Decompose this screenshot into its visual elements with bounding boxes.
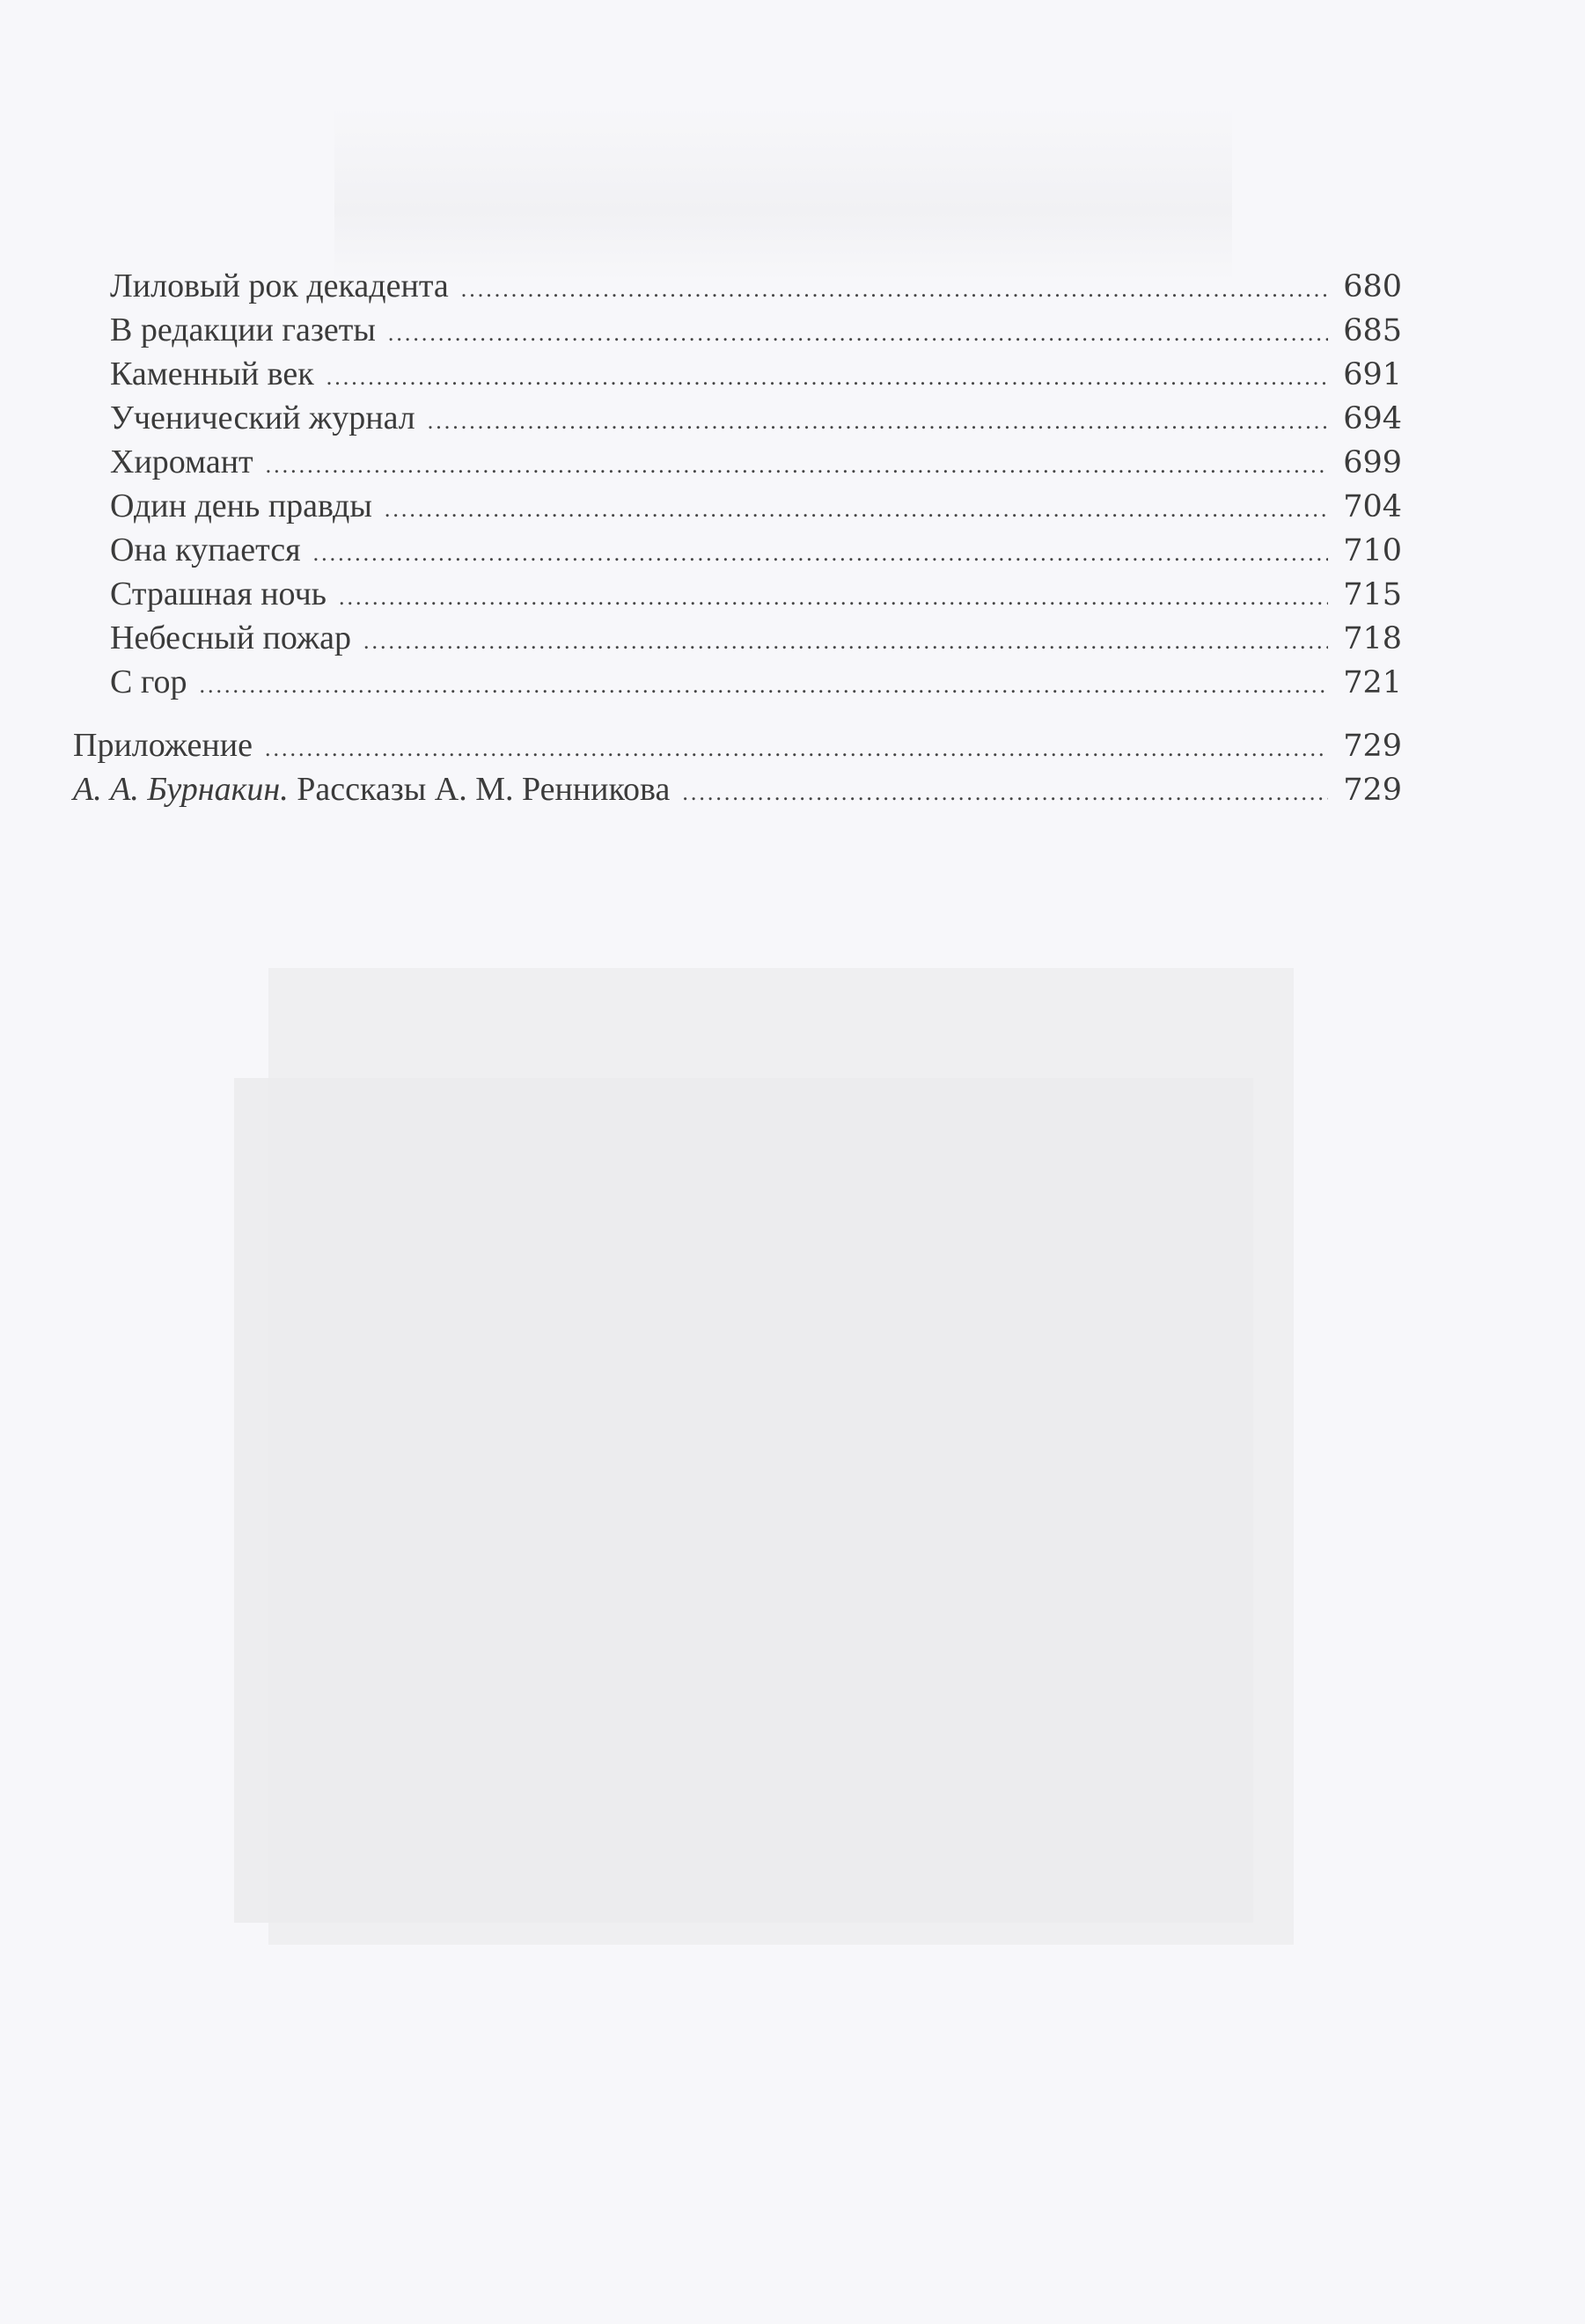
toc-entry-title: Один день правды xyxy=(110,484,385,528)
toc-entry[interactable]: Лиловый рок декадента 680 xyxy=(110,264,1402,308)
dot-leader xyxy=(339,576,1328,619)
toc-entry[interactable]: Небесный пожар 718 xyxy=(110,616,1402,660)
toc-entry-page: 680 xyxy=(1328,265,1402,309)
toc-entry[interactable]: Хиромант 699 xyxy=(110,440,1402,484)
dot-leader xyxy=(265,727,1328,771)
reverse-page-bleed-image xyxy=(234,1078,1253,1923)
toc-entry-page: 721 xyxy=(1328,661,1402,705)
dot-leader xyxy=(682,771,1328,815)
toc-entry[interactable]: Каменный век 691 xyxy=(110,352,1402,396)
toc-entry-page: 694 xyxy=(1328,397,1402,441)
toc-entry-page: 699 xyxy=(1328,441,1402,485)
dot-leader xyxy=(266,444,1328,488)
toc-appendix-page: 729 xyxy=(1328,724,1402,768)
toc-entry-page: 704 xyxy=(1328,485,1402,529)
dot-leader xyxy=(200,663,1329,707)
work-title: Рассказы А. М. Ренникова xyxy=(289,771,671,808)
dot-leader xyxy=(313,532,1328,576)
dot-leader xyxy=(363,619,1328,663)
toc-entry-page: 685 xyxy=(1328,309,1402,353)
toc-entry-title: Лиловый рок декадента xyxy=(110,264,461,308)
toc-appendix-title: Приложение xyxy=(73,723,265,767)
toc-entry-title: Хиромант xyxy=(110,440,266,484)
author-name: А. А. Бурнакин. xyxy=(73,771,289,808)
dot-leader xyxy=(428,400,1328,444)
toc-appendix-entry-title: А. А. Бурнакин. Рассказы А. М. Ренникова xyxy=(73,767,682,811)
toc-entry-title: Ученический журнал xyxy=(110,396,428,440)
toc-entry[interactable]: Ученический журнал 694 xyxy=(110,396,1402,440)
dot-leader xyxy=(327,356,1328,400)
dot-leader xyxy=(388,312,1328,356)
toc-entry-title: В редакции газеты xyxy=(110,308,388,352)
toc-entry-title: С гор xyxy=(110,660,200,704)
toc-entry[interactable]: Она купается 710 xyxy=(110,528,1402,572)
dot-leader xyxy=(461,268,1328,312)
toc-entry[interactable]: В редакции газеты 685 xyxy=(110,308,1402,352)
reverse-page-bleed-text xyxy=(334,106,1232,282)
toc-appendix-entry-page: 729 xyxy=(1328,768,1402,812)
toc-entry-title: Она купается xyxy=(110,528,313,572)
toc-entry-title: Каменный век xyxy=(110,352,327,396)
toc-entry-title: Страшная ночь xyxy=(110,572,339,616)
toc-appendix-entry[interactable]: А. А. Бурнакин. Рассказы А. М. Ренникова… xyxy=(73,767,1402,811)
toc-appendix[interactable]: Приложение 729 xyxy=(73,723,1402,767)
toc-entry-title: Небесный пожар xyxy=(110,616,363,660)
toc-entry-page: 718 xyxy=(1328,617,1402,661)
toc-entry-page: 710 xyxy=(1328,529,1402,573)
toc-entry[interactable]: Один день правды 704 xyxy=(110,484,1402,528)
toc-entry[interactable]: Страшная ночь 715 xyxy=(110,572,1402,616)
toc-entry[interactable]: С гор 721 xyxy=(110,660,1402,704)
toc-entry-page: 715 xyxy=(1328,573,1402,617)
toc-entry-page: 691 xyxy=(1328,353,1402,397)
dot-leader xyxy=(385,488,1328,532)
